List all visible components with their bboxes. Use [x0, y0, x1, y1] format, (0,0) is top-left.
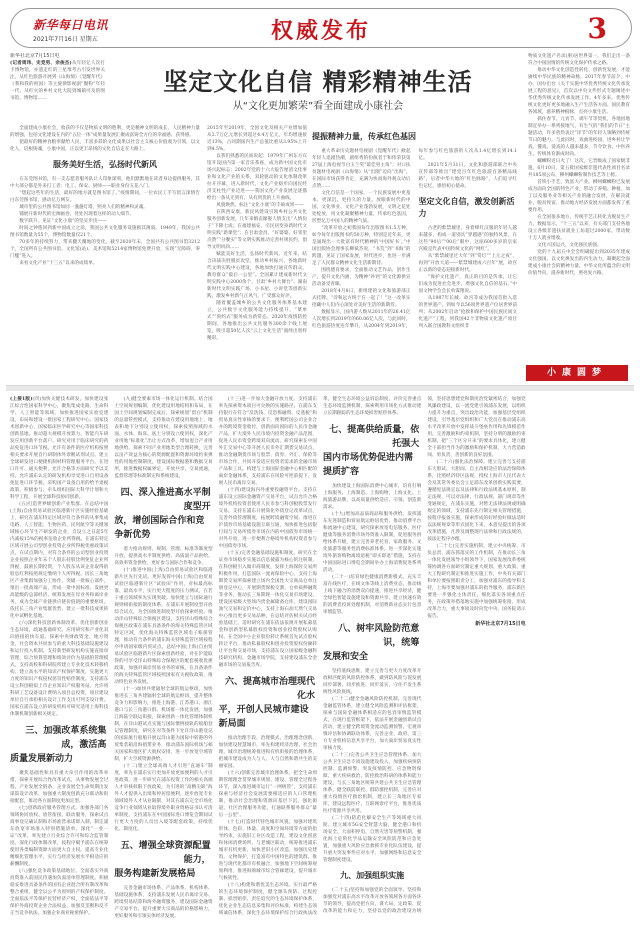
- sign-off: 新华社北京7月15日电: [427, 621, 525, 628]
- bottom-article-body: (上接1版)(四)加快关键技术研发。加快建设张江综合性国家科学中心，聚焦集成电路…: [10, 396, 630, 920]
- page-number: 3: [588, 12, 607, 45]
- top-column-1b: 全面建成小康社会，收获的不仅是物质文明的胜利，更是精神文明的成长，人民精神力量的…: [10, 125, 200, 383]
- main-headline: 坚定文化自信 精彩精神生活: [108, 62, 528, 97]
- section-heading-7: 七、提高供给质量，依托强大国内市场优势促进内需提质扩容: [323, 423, 421, 479]
- section-heading-8: 八、树牢风险防范意识，统筹发展和安全: [323, 622, 421, 664]
- section-heading-service: 服务美好生活，弘扬时代新风: [10, 159, 200, 171]
- section-heading-5: 五、增强全球资源配置能力，服务构建新发展格局: [114, 839, 212, 881]
- section-heading-red-gene: 提振精神力量，传承红色基因: [312, 131, 517, 143]
- section-heading-6: 六、提高城市治理现代化水平，开创人民城市建设新局面: [219, 675, 317, 731]
- section-heading-4: 四、深入推进高水平制度型开放，增创国际合作和竞争新优势: [114, 486, 212, 542]
- section-heading-3: 三、加强改革系统集成，激活高质量发展新动力: [10, 724, 108, 766]
- masthead: 新华每日电讯 2021年7月16日 星期五 权威发布 3: [10, 8, 632, 48]
- top-column-1: 新华社北京7月15日电 (记者周玮、史竞男、余俊杰)从年轻亿人次打卡博物馆，亦遗…: [10, 53, 105, 110]
- dateline: 新华社北京7月15日电: [10, 53, 60, 59]
- sub-headline: 从“文化更加繁荣”看全面建成小康社会: [108, 97, 528, 112]
- byline: (记者周玮、史竞男、余俊杰): [10, 61, 72, 66]
- section-divider: [6, 385, 634, 391]
- top-column-4: 物质文化遗产名录(册)居世界第一，我们走出一条符合中国国情的传统文化保护传承之路…: [528, 53, 630, 363]
- section-title: 权威发布: [11, 14, 631, 45]
- xiaokang-banner: 小康圆梦: [526, 365, 628, 381]
- top-column-3: 提振精神力量，传承红色基因 重大革命历史题材电视剧《觉醒年代》掀起年轻人追剧热潮…: [312, 125, 517, 383]
- section-heading-innovation: 坚定文化自信，激发创新活力: [419, 196, 518, 220]
- section-heading-9: 九、加强组织实施: [323, 870, 421, 882]
- top-column-2: 2015年至2019年，全国文化及相关产业增加值从2.7万亿元增长到超过4.4万…: [207, 125, 307, 383]
